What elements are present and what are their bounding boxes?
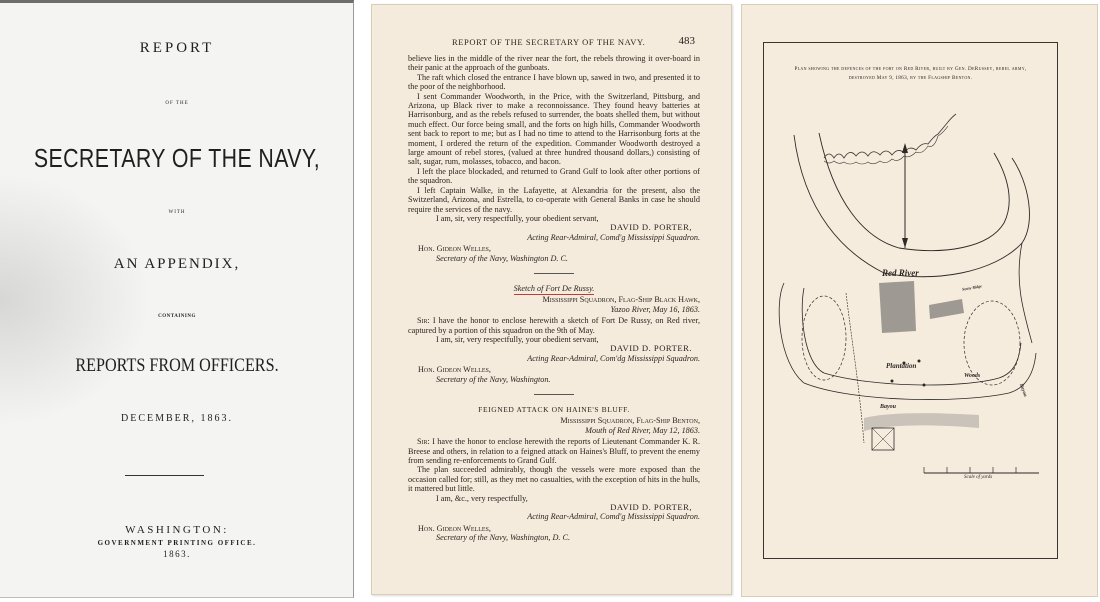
- paragraph: I sent Commander Woodworth, in the Price…: [408, 92, 700, 167]
- addressee: Hon. Gideon Welles,: [408, 365, 700, 374]
- section-rule: [534, 394, 574, 395]
- running-head: REPORT OF THE SECRETARY OF THE NAVY.: [452, 37, 645, 47]
- title-reports: REPORTS FROM OFFICERS.: [27, 355, 328, 377]
- title-rule: [125, 475, 204, 476]
- imprint-place: WASHINGTON:: [0, 524, 354, 536]
- paragraph: believe lies in the middle of the river …: [408, 54, 700, 73]
- signature: DAVID D. PORTER,: [408, 503, 700, 512]
- section-heading-sketch: Sketch of Fort De Russy.: [408, 284, 700, 293]
- text-page: REPORT OF THE SECRETARY OF THE NAVY. 483…: [371, 4, 732, 595]
- salutation: Sir:: [417, 316, 430, 325]
- fort-map: [764, 43, 1057, 558]
- letter-body: I have the honor to enclose herewith the…: [408, 437, 700, 465]
- addressee-title: Secretary of the Navy, Washington.: [408, 375, 700, 384]
- dateline: Mississippi Squadron, Flag-Ship Benton,: [408, 416, 700, 425]
- label-red-river: Red River: [882, 268, 919, 278]
- paragraph: I left Captain Walke, in the Lafayette, …: [408, 186, 700, 214]
- signature-title: Acting Rear-Admiral, Comd'g Mississippi …: [408, 233, 700, 242]
- label-bayou: Bayou: [880, 404, 896, 410]
- imprint-printer: GOVERNMENT PRINTING OFFICE.: [0, 539, 354, 547]
- salutation: Sir:: [417, 437, 430, 446]
- signature: DAVID D. PORTER,: [408, 223, 700, 232]
- addressee: Hon. Gideon Welles,: [408, 244, 700, 253]
- imprint-year: 1863.: [0, 549, 354, 559]
- label-woods: Woods: [964, 373, 980, 379]
- addressee-title: Secretary of the Navy, Washington D. C.: [408, 254, 700, 263]
- dateline: Mississippi Squadron, Flag-Ship Black Ha…: [408, 295, 700, 304]
- dateline-place: Mouth of Red River, May 12, 1863.: [408, 426, 700, 435]
- title-report: REPORT: [0, 40, 354, 57]
- dateline-place: Yazoo River, May 16, 1863.: [408, 305, 700, 314]
- addressee-title: Secretary of the Navy, Washington, D. C.: [408, 533, 700, 542]
- title-containing: CONTAINING: [0, 314, 354, 319]
- title-secretary: SECRETARY OF THE NAVY,: [32, 143, 322, 174]
- section-rule: [534, 273, 574, 274]
- letter-1: believe lies in the middle of the river …: [408, 54, 700, 543]
- label-plantation: Plantation: [886, 362, 916, 370]
- title-appendix: AN APPENDIX,: [0, 256, 354, 273]
- map-frame: Plan showing the defences of the fort on…: [763, 42, 1058, 559]
- signature-title: Acting Rear-Admiral, Com'dg Mississippi …: [408, 354, 700, 363]
- title-of-the: OF THE: [0, 101, 354, 106]
- addressee: Hon. Gideon Welles,: [408, 524, 700, 533]
- title-with: WITH: [0, 210, 354, 215]
- paragraph: The raft which closed the entrance I hav…: [408, 73, 700, 92]
- letter-body: I have the honor to enclose herewith a s…: [408, 316, 700, 334]
- map-page: Plan showing the defences of the fort on…: [741, 4, 1098, 597]
- title-date: DECEMBER, 1863.: [0, 413, 354, 424]
- page-number: 483: [679, 35, 696, 47]
- scale-label: Scale of yards: [964, 475, 992, 480]
- title-page: REPORT OF THE SECRETARY OF THE NAVY, WIT…: [0, 0, 354, 598]
- signature: DAVID D. PORTER.: [408, 344, 700, 353]
- signature-title: Acting Rear-Admiral, Comd'g Mississippi …: [408, 512, 700, 521]
- section-heading-feigned-attack: FEIGNED ATTACK ON HAINE'S BLUFF.: [408, 405, 700, 414]
- paragraph: I left the place blockaded, and returned…: [408, 167, 700, 186]
- letter-body: The plan succeeded admirably, though the…: [408, 465, 700, 493]
